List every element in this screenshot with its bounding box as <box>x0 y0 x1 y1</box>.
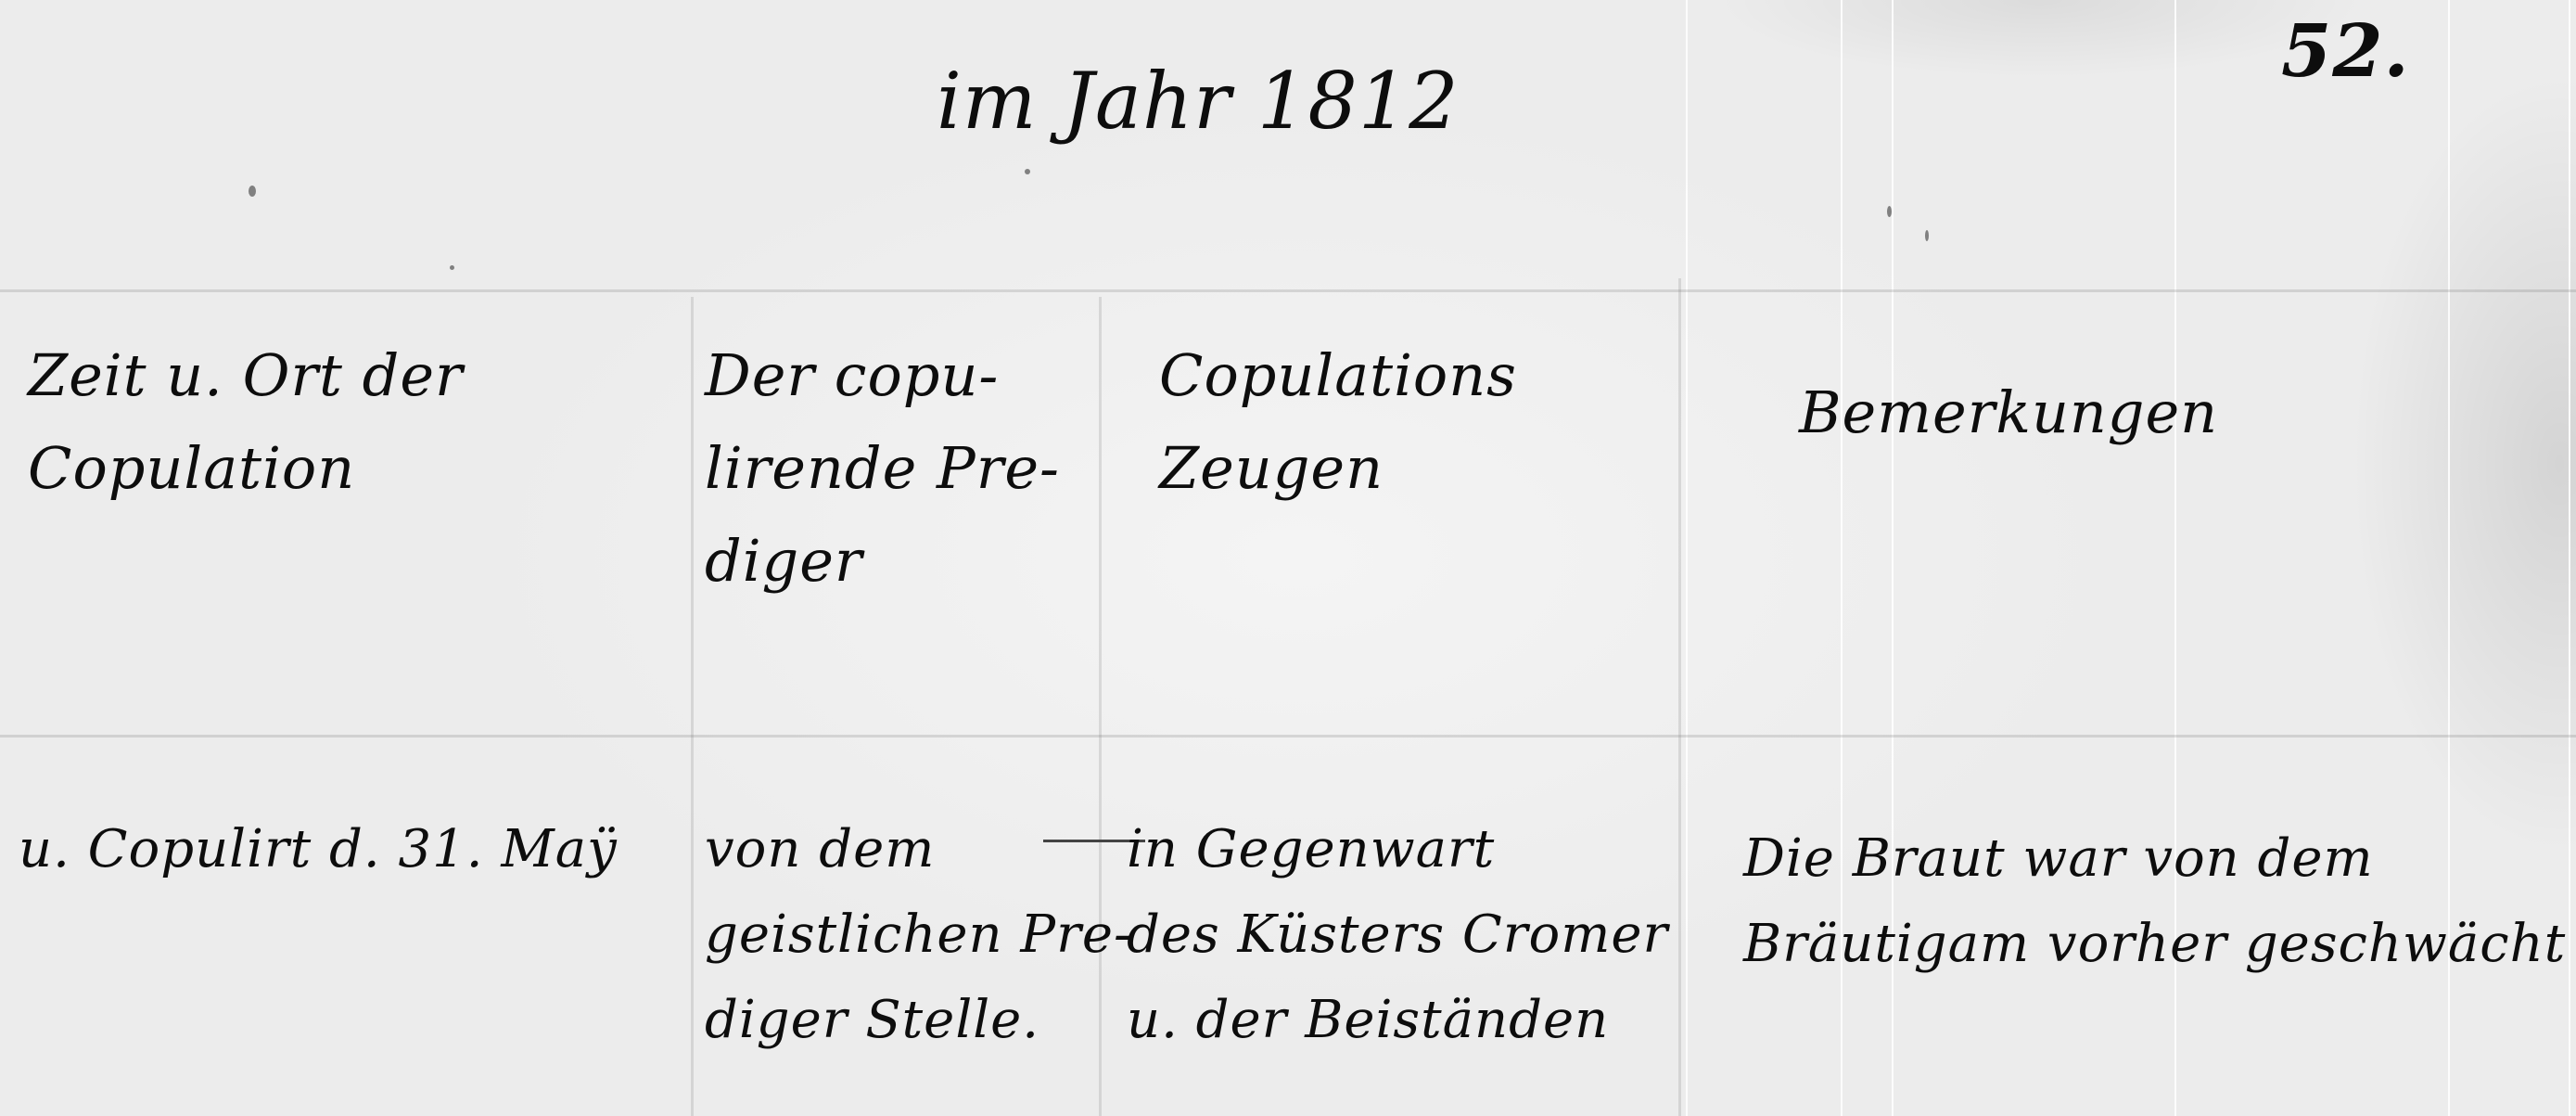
column-header-time-place: Zeit u. Ort der Copulation <box>28 329 464 515</box>
page-number: 52. <box>2281 9 2410 94</box>
register-page: im Jahr 1812 52. Zeit u. Ort der Copulat… <box>0 0 2576 1116</box>
header-top-rule <box>0 289 2576 292</box>
entry-witnesses: in Gegenwart des Küsters Cromer u. der B… <box>1127 807 1668 1063</box>
page-title: im Jahr 1812 <box>937 56 1460 147</box>
paper-speck <box>1025 169 1030 174</box>
column-header-remarks: Bemerkungen <box>1799 366 2218 459</box>
header-bottom-rule <box>0 735 2576 738</box>
scan-streak <box>1686 0 1688 1116</box>
scan-streak <box>2569 0 2570 1116</box>
paper-speck <box>1887 206 1892 217</box>
paper-speck <box>249 186 256 197</box>
entry-time-place: u. Copulirt d. 31. Maÿ <box>19 807 618 892</box>
paper-speck <box>450 265 454 270</box>
entry-remarks: Die Braut war von dem Bräutigam vorher g… <box>1743 816 2566 987</box>
entry-officiant: von dem geistlichen Pre- diger Stelle. <box>705 807 1132 1063</box>
column-divider <box>1678 278 1681 1116</box>
paper-speck <box>1925 230 1929 241</box>
column-header-witnesses: Copulations Zeugen <box>1159 329 1517 515</box>
column-divider <box>691 297 694 1116</box>
column-header-officiant: Der copu- lirende Pre- diger <box>705 329 1060 608</box>
